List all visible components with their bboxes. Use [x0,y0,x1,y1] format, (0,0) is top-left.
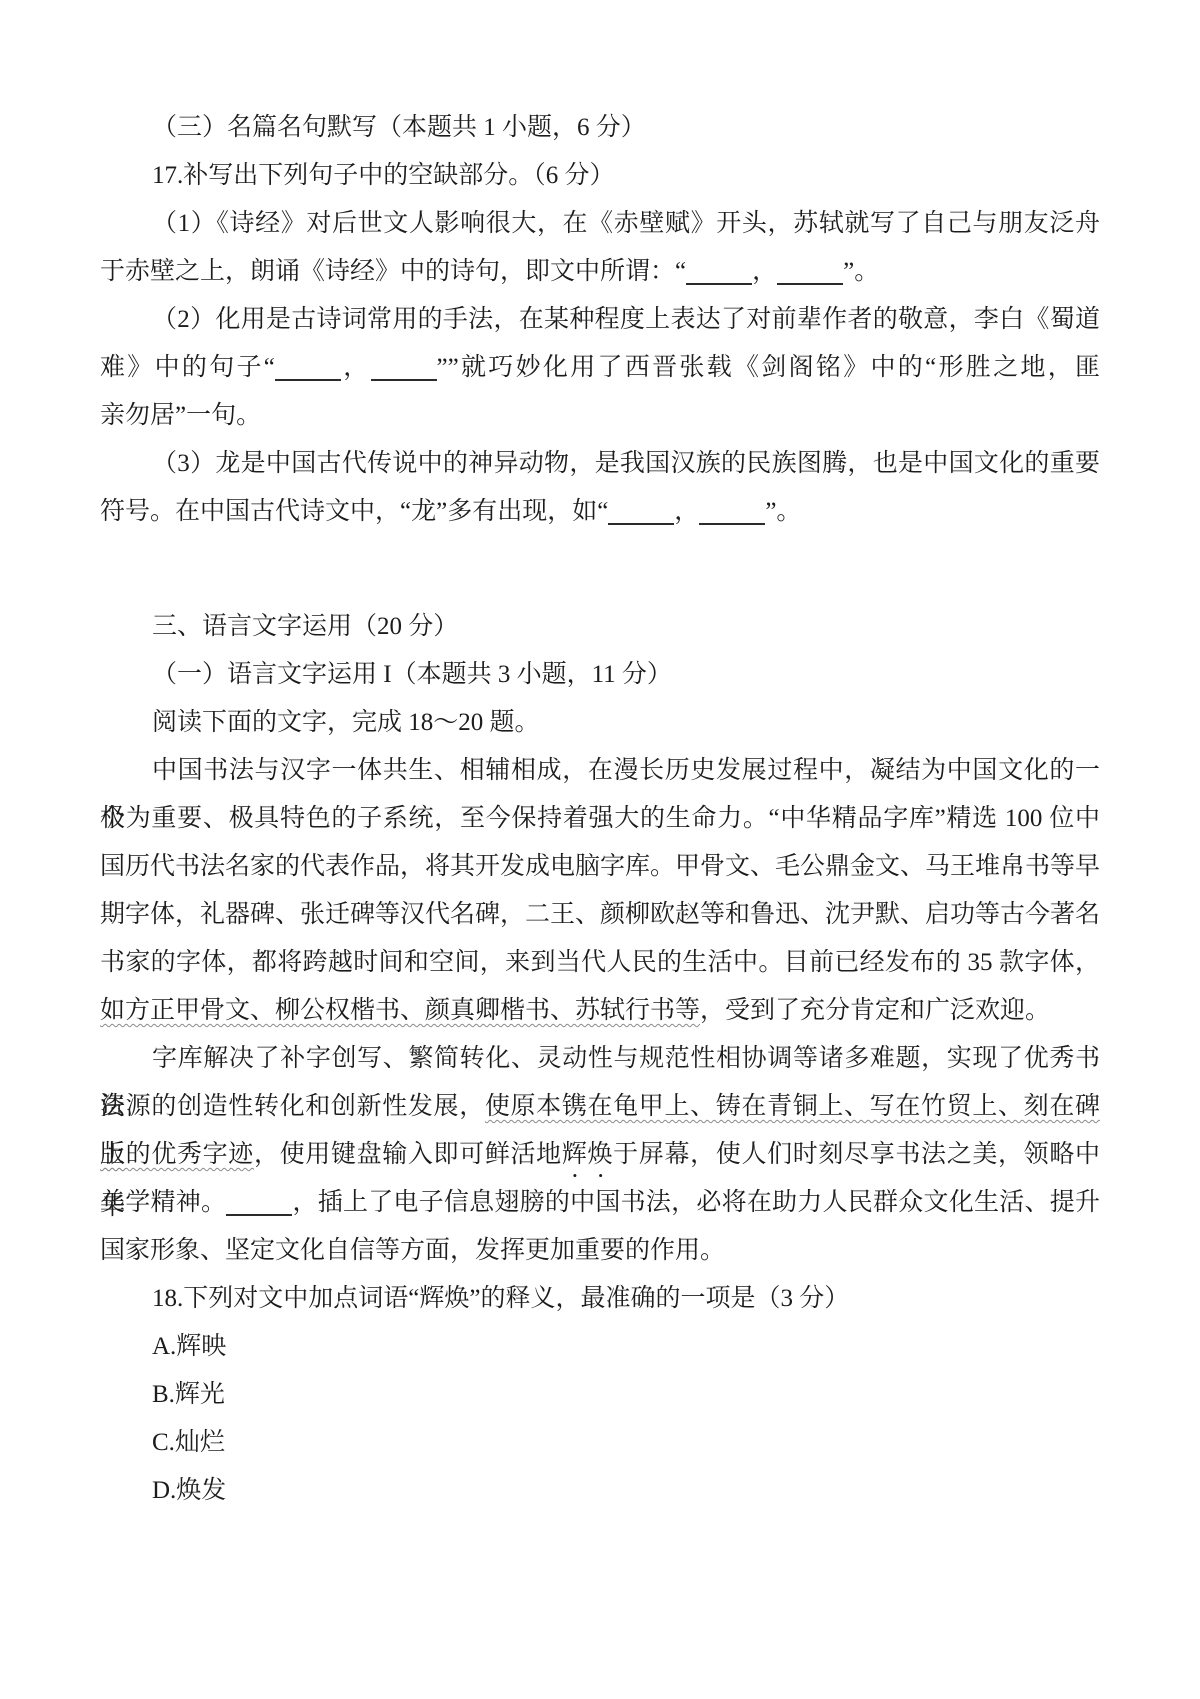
text-segment: ，受到了充分肯定和广泛欢迎。 [700,997,1050,1024]
text-segment: 国历代书法名家的代表作品，将其开发成电脑字库。甲骨文、毛公鼎金文、马王堆帛书等早 [100,853,1100,880]
text-line: 三、语言文字运用（20 分） [100,603,1100,651]
text-segment: C.灿烂 [152,1429,225,1456]
text-segment: 阅读下面的文字，完成 18～20 题。 [152,709,540,736]
text-line: 期字体，礼器碑、张迁碑等汉代名碑，二王、颜柳欧赵等和鲁迅、沈尹默、启功等古今著名 [100,891,1100,939]
text-line: A.辉映 [100,1323,1100,1371]
text-line: 于赤壁之上，朗诵《诗经》中的诗句，即文中所谓：“，”。 [100,248,1100,296]
text-segment: （3）龙是中国古代传说中的神异动物，是我国汉族的民族图腾，也是中国文化的重要 [152,450,1100,477]
text-segment: ””就巧妙化用了西晋张载《剑阁铭》中的“形胜之地，匪 [437,354,1100,381]
fill-in-blank-line [777,258,843,285]
fill-in-blank-line [699,498,765,525]
text-line: 国历代书法名家的代表作品，将其开发成电脑字库。甲骨文、毛公鼎金文、马王堆帛书等早 [100,843,1100,891]
text-line: 资源的创造性转化和创新性发展，使原本镌在龟甲上、铸在青铜上、写在竹贸上、刻在碑版 [100,1083,1100,1131]
fill-in-blank-line [226,1189,292,1216]
fill-in-blank-line [275,354,341,381]
text-segment: A.辉映 [152,1333,226,1360]
text-line: 上的优秀字迹，使用键盘输入即可鲜活地辉焕于屏幕，使人们时刻尽享书法之美，领略中华 [100,1131,1100,1179]
text-line: 17.补写出下列句子中的空缺部分。（6 分） [100,152,1100,200]
text-line: 难》中的句子“，””就巧妙化用了西晋张载《剑阁铭》中的“形胜之地，匪 [100,344,1100,392]
text-segment: 美学精神。 [100,1189,226,1216]
fill-in-blank-line [608,498,674,525]
emphasized-word: 辉焕 [562,1141,613,1168]
text-segment: ”。 [843,258,879,285]
text-segment: 符号。在中国古代诗文中，“龙”多有出现，如“ [100,498,608,525]
text-line: C.灿烂 [100,1419,1100,1467]
text-segment: ， [341,354,371,381]
text-segment: 于赤壁之上，朗诵《诗经》中的诗句，即文中所谓：“ [100,258,686,285]
text-line: B.辉光 [100,1371,1100,1419]
text-line: 18.下列对文中加点词语“辉焕”的释义，最准确的一项是（3 分） [100,1275,1100,1323]
document-lines: （三）名篇名句默写（本题共 1 小题，6 分）17.补写出下列句子中的空缺部分。… [100,104,1100,1515]
text-line: （3）龙是中国古代传说中的神异动物，是我国汉族的民族图腾，也是中国文化的重要 [100,440,1100,488]
text-line: 阅读下面的文字，完成 18～20 题。 [100,699,1100,747]
text-line: （一）语言文字运用 I（本题共 3 小题，11 分） [100,651,1100,699]
text-line: D.焕发 [100,1467,1100,1515]
text-line: （1）《诗经》对后世文人影响很大，在《赤壁赋》开头，苏轼就写了自己与朋友泛舟 [100,200,1100,248]
text-line: 亲勿居”一句。 [100,392,1100,440]
text-line: 美学精神。，插上了电子信息翅膀的中国书法，必将在助力人民群众文化生活、提升 [100,1179,1100,1227]
text-line: 符号。在中国古代诗文中，“龙”多有出现，如“，”。 [100,488,1100,536]
text-segment: 难》中的句子“ [100,354,275,381]
text-line: 书家的字体，都将跨越时间和空间，来到当代人民的生活中。目前已经发布的 35 款字… [100,939,1100,987]
text-segment: 国家形象、坚定文化自信等方面，发挥更加重要的作用。 [100,1237,725,1264]
text-segment: 17.补写出下列句子中的空缺部分。（6 分） [152,162,615,189]
text-line: （2）化用是古诗词常用的手法，在某种程度上表达了对前辈作者的敬意，李白《蜀道 [100,296,1100,344]
text-segment: ，插上了电子信息翅膀的中国书法，必将在助力人民群众文化生活、提升 [292,1189,1100,1216]
text-line: 极为重要、极具特色的子系统，至今保持着强大的生命力。“中华精品字库”精选 100… [100,795,1100,843]
text-segment: ”。 [765,498,801,525]
text-segment: D.焕发 [152,1477,226,1504]
text-segment: 三、语言文字运用（20 分） [152,613,458,640]
text-segment: （三）名篇名句默写（本题共 1 小题，6 分） [152,114,646,141]
text-segment: 期字体，礼器碑、张迁碑等汉代名碑，二王、颜柳欧赵等和鲁迅、沈尹默、启功等古今著名 [100,901,1100,928]
text-line: 如方正甲骨文、柳公权楷书、颜真卿楷书、苏轼行书等，受到了充分肯定和广泛欢迎。 [100,987,1100,1035]
text-segment: ， [752,258,777,285]
wavy-underlined-text: 上的优秀字迹 [100,1141,254,1168]
text-line: （三）名篇名句默写（本题共 1 小题，6 分） [100,104,1100,152]
text-segment: B.辉光 [152,1381,225,1408]
text-segment: 18.下列对文中加点词语“辉焕”的释义，最准确的一项是（3 分） [152,1285,849,1312]
text-segment: ，使用键盘输入即可鲜活地 [254,1141,562,1168]
text-line: 国家形象、坚定文化自信等方面，发挥更加重要的作用。 [100,1227,1100,1275]
fill-in-blank-line [371,354,437,381]
fill-in-blank-line [686,258,752,285]
text-segment: 书家的字体，都将跨越时间和空间，来到当代人民的生活中。目前已经发布的 35 款字… [100,949,1100,976]
wavy-underlined-text: 如方正甲骨文、柳公权楷书、颜真卿楷书、苏轼行书等 [100,997,700,1024]
text-segment: 极为重要、极具特色的子系统，至今保持着强大的生命力。“中华精品字库”精选 100… [100,805,1100,832]
text-line: 中国书法与汉字一体共生、相辅相成，在漫长历史发展过程中，凝结为中国文化的一个 [100,747,1100,795]
text-segment: 亲勿居”一句。 [100,402,261,429]
text-segment: （2）化用是古诗词常用的手法，在某种程度上表达了对前辈作者的敬意，李白《蜀道 [152,306,1100,333]
text-segment: 资源的创造性转化和创新性发展， [100,1093,485,1120]
text-segment: （一）语言文字运用 I（本题共 3 小题，11 分） [152,661,672,688]
exam-paper-page: （三）名篇名句默写（本题共 1 小题，6 分）17.补写出下列句子中的空缺部分。… [0,0,1200,1699]
text-segment: ， [674,498,699,525]
text-segment: （1）《诗经》对后世文人影响很大，在《赤壁赋》开头，苏轼就写了自己与朋友泛舟 [152,210,1100,237]
text-line: 字库解决了补字创写、繁简转化、灵动性与规范性相协调等诸多难题，实现了优秀书法 [100,1035,1100,1083]
